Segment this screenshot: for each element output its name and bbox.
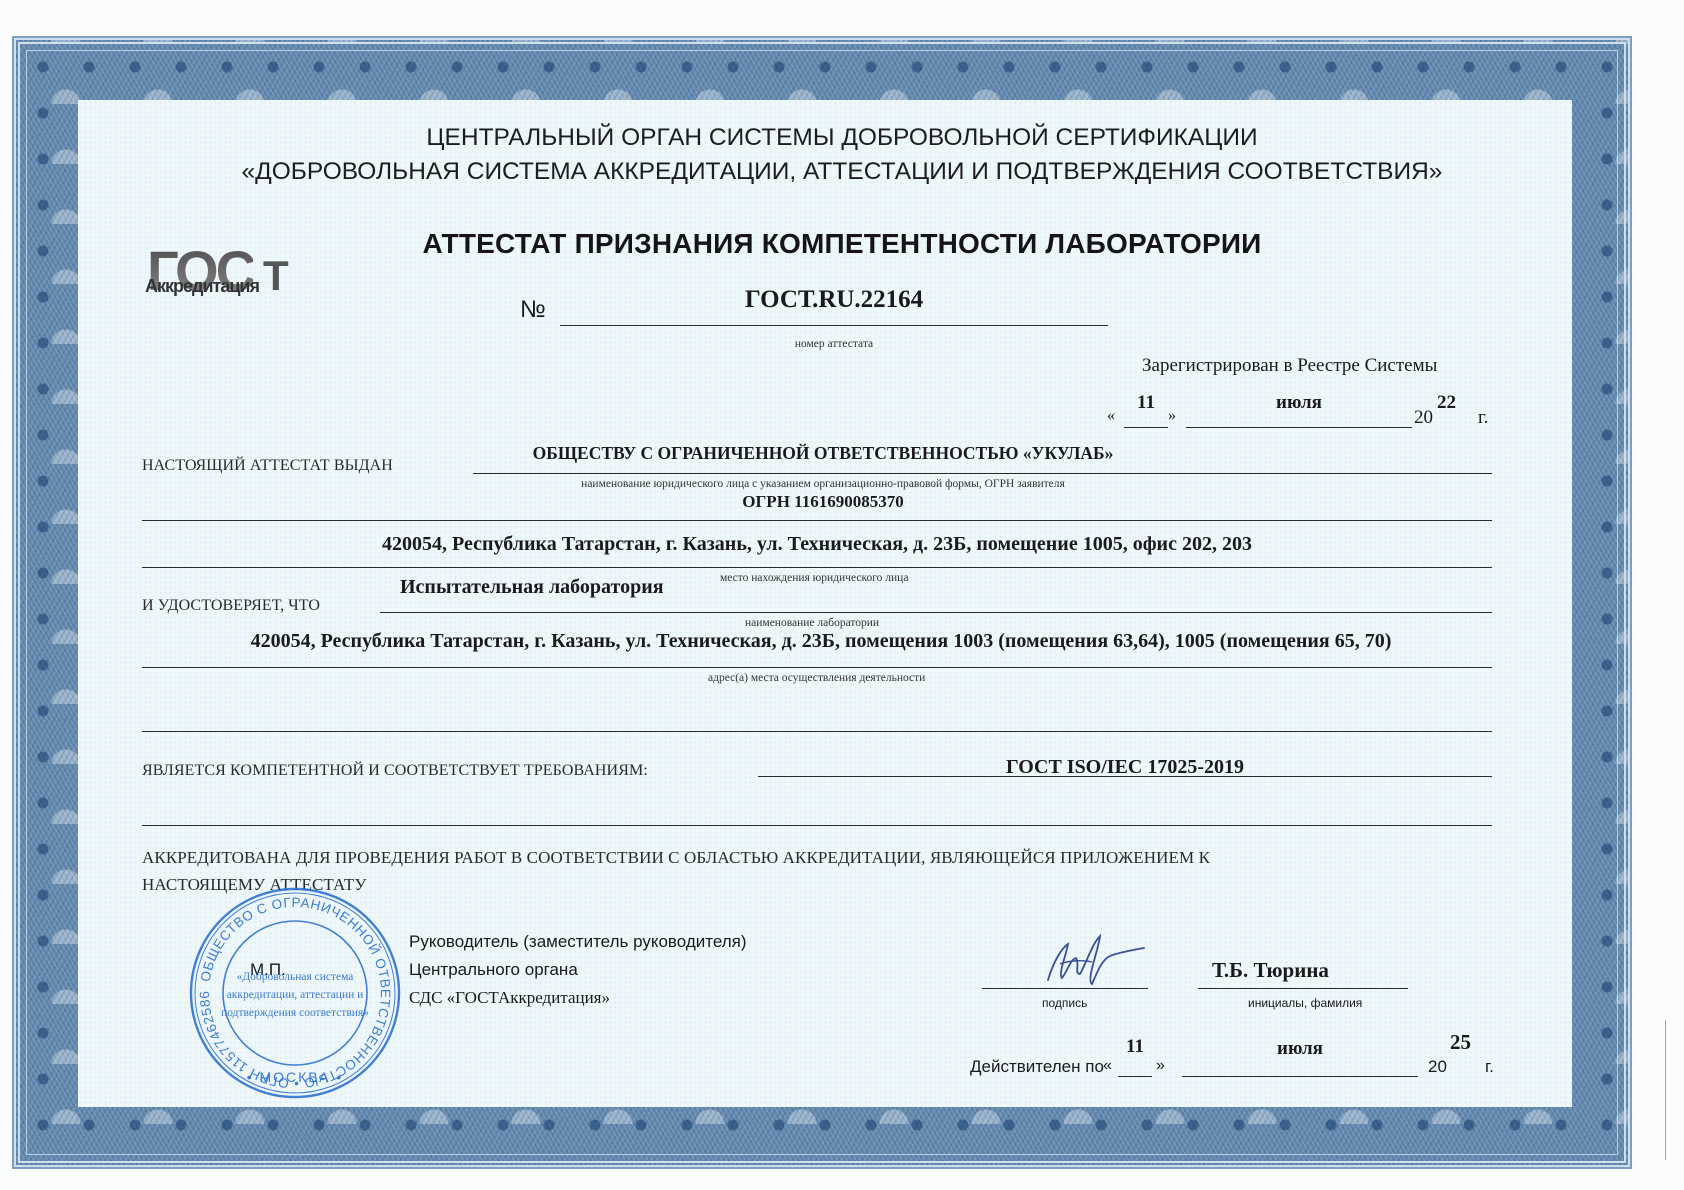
gost-accreditation-logo: ГОС Т Аккредитация: [145, 238, 305, 328]
legal-address-caption: место нахождения юридического лица: [720, 572, 908, 584]
number-underline: [560, 325, 1108, 326]
activity-address-underline: [142, 667, 1492, 668]
validity-label: Действителен по: [970, 1057, 1104, 1077]
organization-underline: [473, 473, 1492, 474]
reg-day-underline: [1124, 427, 1168, 428]
registration-year: 22: [1437, 392, 1456, 414]
signature-caption: подпись: [1042, 996, 1087, 1010]
signatory-role-3: СДС «ГОСТАккредитация»: [409, 988, 610, 1008]
registration-year-suffix: г.: [1478, 407, 1488, 429]
stamp-center-line-3: подтверждения соответствия»: [221, 1007, 369, 1019]
registration-label: Зарегистрирован в Реестре Системы: [1142, 355, 1437, 377]
valid-day-underline: [1118, 1076, 1152, 1077]
reg-quote-close: »: [1168, 407, 1176, 425]
logo-subtitle: Аккредитация: [145, 276, 259, 297]
signatory-name: Т.Б. Тюрина: [1212, 958, 1329, 983]
organization-caption: наименование юридического лица с указани…: [473, 478, 1173, 490]
competence-blank-underline: [142, 825, 1492, 826]
reg-quote-open: «: [1107, 407, 1115, 425]
stamp-center-line-2: аккредитации, аттестации и: [227, 989, 364, 1001]
issued-to-organization: ОБЩЕСТВУ С ОГРАНИЧЕННОЙ ОТВЕТСТВЕННОСТЬЮ…: [473, 443, 1173, 464]
stamp-center-line-1: «Добровольная система: [237, 971, 354, 983]
issued-to-label: НАСТОЯЩИЙ АТТЕСТАТ ВЫДАН: [142, 457, 393, 475]
header-line-1: ЦЕНТРАЛЬНЫЙ ОРГАН СИСТЕМЫ ДОБРОВОЛЬНОЙ С…: [0, 124, 1684, 152]
certifies-label: И УДОСТОВЕРЯЕТ, ЧТО: [142, 597, 320, 615]
official-stamp: ОБЩЕСТВО С ОГРАНИЧЕННОЙ ОТВЕТСТВЕННОСТЬЮ…: [188, 886, 402, 1100]
number-sign: №: [520, 296, 546, 324]
valid-month-underline: [1182, 1076, 1418, 1077]
signatory-role-2: Центрального органа: [409, 960, 578, 980]
header-line-2: «ДОБРОВОЛЬНАЯ СИСТЕМА АККРЕДИТАЦИИ, АТТЕ…: [0, 158, 1684, 186]
laboratory-underline: [380, 612, 1492, 613]
accreditation-line-1: АККРЕДИТОВАНА ДЛЯ ПРОВЕДЕНИЯ РАБОТ В СОО…: [142, 848, 1210, 868]
reg-month-underline: [1186, 427, 1412, 428]
activity-address-caption: адрес(а) места осуществления деятельност…: [708, 672, 925, 684]
ogrn: ОГРН 1161690085370: [473, 492, 1173, 512]
number-caption: номер аттестата: [560, 338, 1108, 350]
laboratory-caption: наименование лаборатории: [745, 617, 879, 629]
registration-century: 20: [1414, 407, 1433, 429]
logo-t: Т: [263, 252, 289, 300]
name-underline: [1198, 988, 1408, 989]
activity-address: 420054, Республика Татарстан, г. Казань,…: [126, 630, 1516, 653]
valid-quote-open: «: [1103, 1057, 1112, 1075]
signatory-role-1: Руководитель (заместитель руководителя): [409, 932, 747, 952]
signature-icon: [1040, 930, 1150, 990]
signature-underline: [982, 988, 1148, 989]
validity-year: 25: [1450, 1030, 1471, 1055]
validity-year-suffix: г.: [1485, 1057, 1494, 1077]
valid-quote-close: »: [1156, 1057, 1165, 1075]
laboratory-name: Испытательная лаборатория: [400, 576, 664, 599]
ogrn-underline: [142, 520, 1492, 521]
scan-edge: [1665, 1020, 1666, 1160]
validity-century: 20: [1428, 1057, 1447, 1077]
competence-label: ЯВЛЯЕТСЯ КОМПЕТЕНТНОЙ И СООТВЕТСТВУЕТ ТР…: [142, 762, 648, 780]
registration-month: июля: [1186, 392, 1412, 414]
validity-day: 11: [1118, 1036, 1152, 1058]
blank-underline: [142, 731, 1492, 732]
validity-month: июля: [1182, 1038, 1418, 1060]
name-caption: инициалы, фамилия: [1248, 996, 1362, 1010]
stamp-bottom-text: • МОСКВА •: [247, 1069, 344, 1085]
legal-address: 420054, Республика Татарстан, г. Казань,…: [142, 533, 1492, 556]
registration-day: 11: [1124, 392, 1168, 414]
legal-address-underline: [142, 567, 1492, 568]
certificate-number: ГОСТ.RU.22164: [560, 286, 1108, 314]
standard-underline: [758, 776, 1492, 777]
